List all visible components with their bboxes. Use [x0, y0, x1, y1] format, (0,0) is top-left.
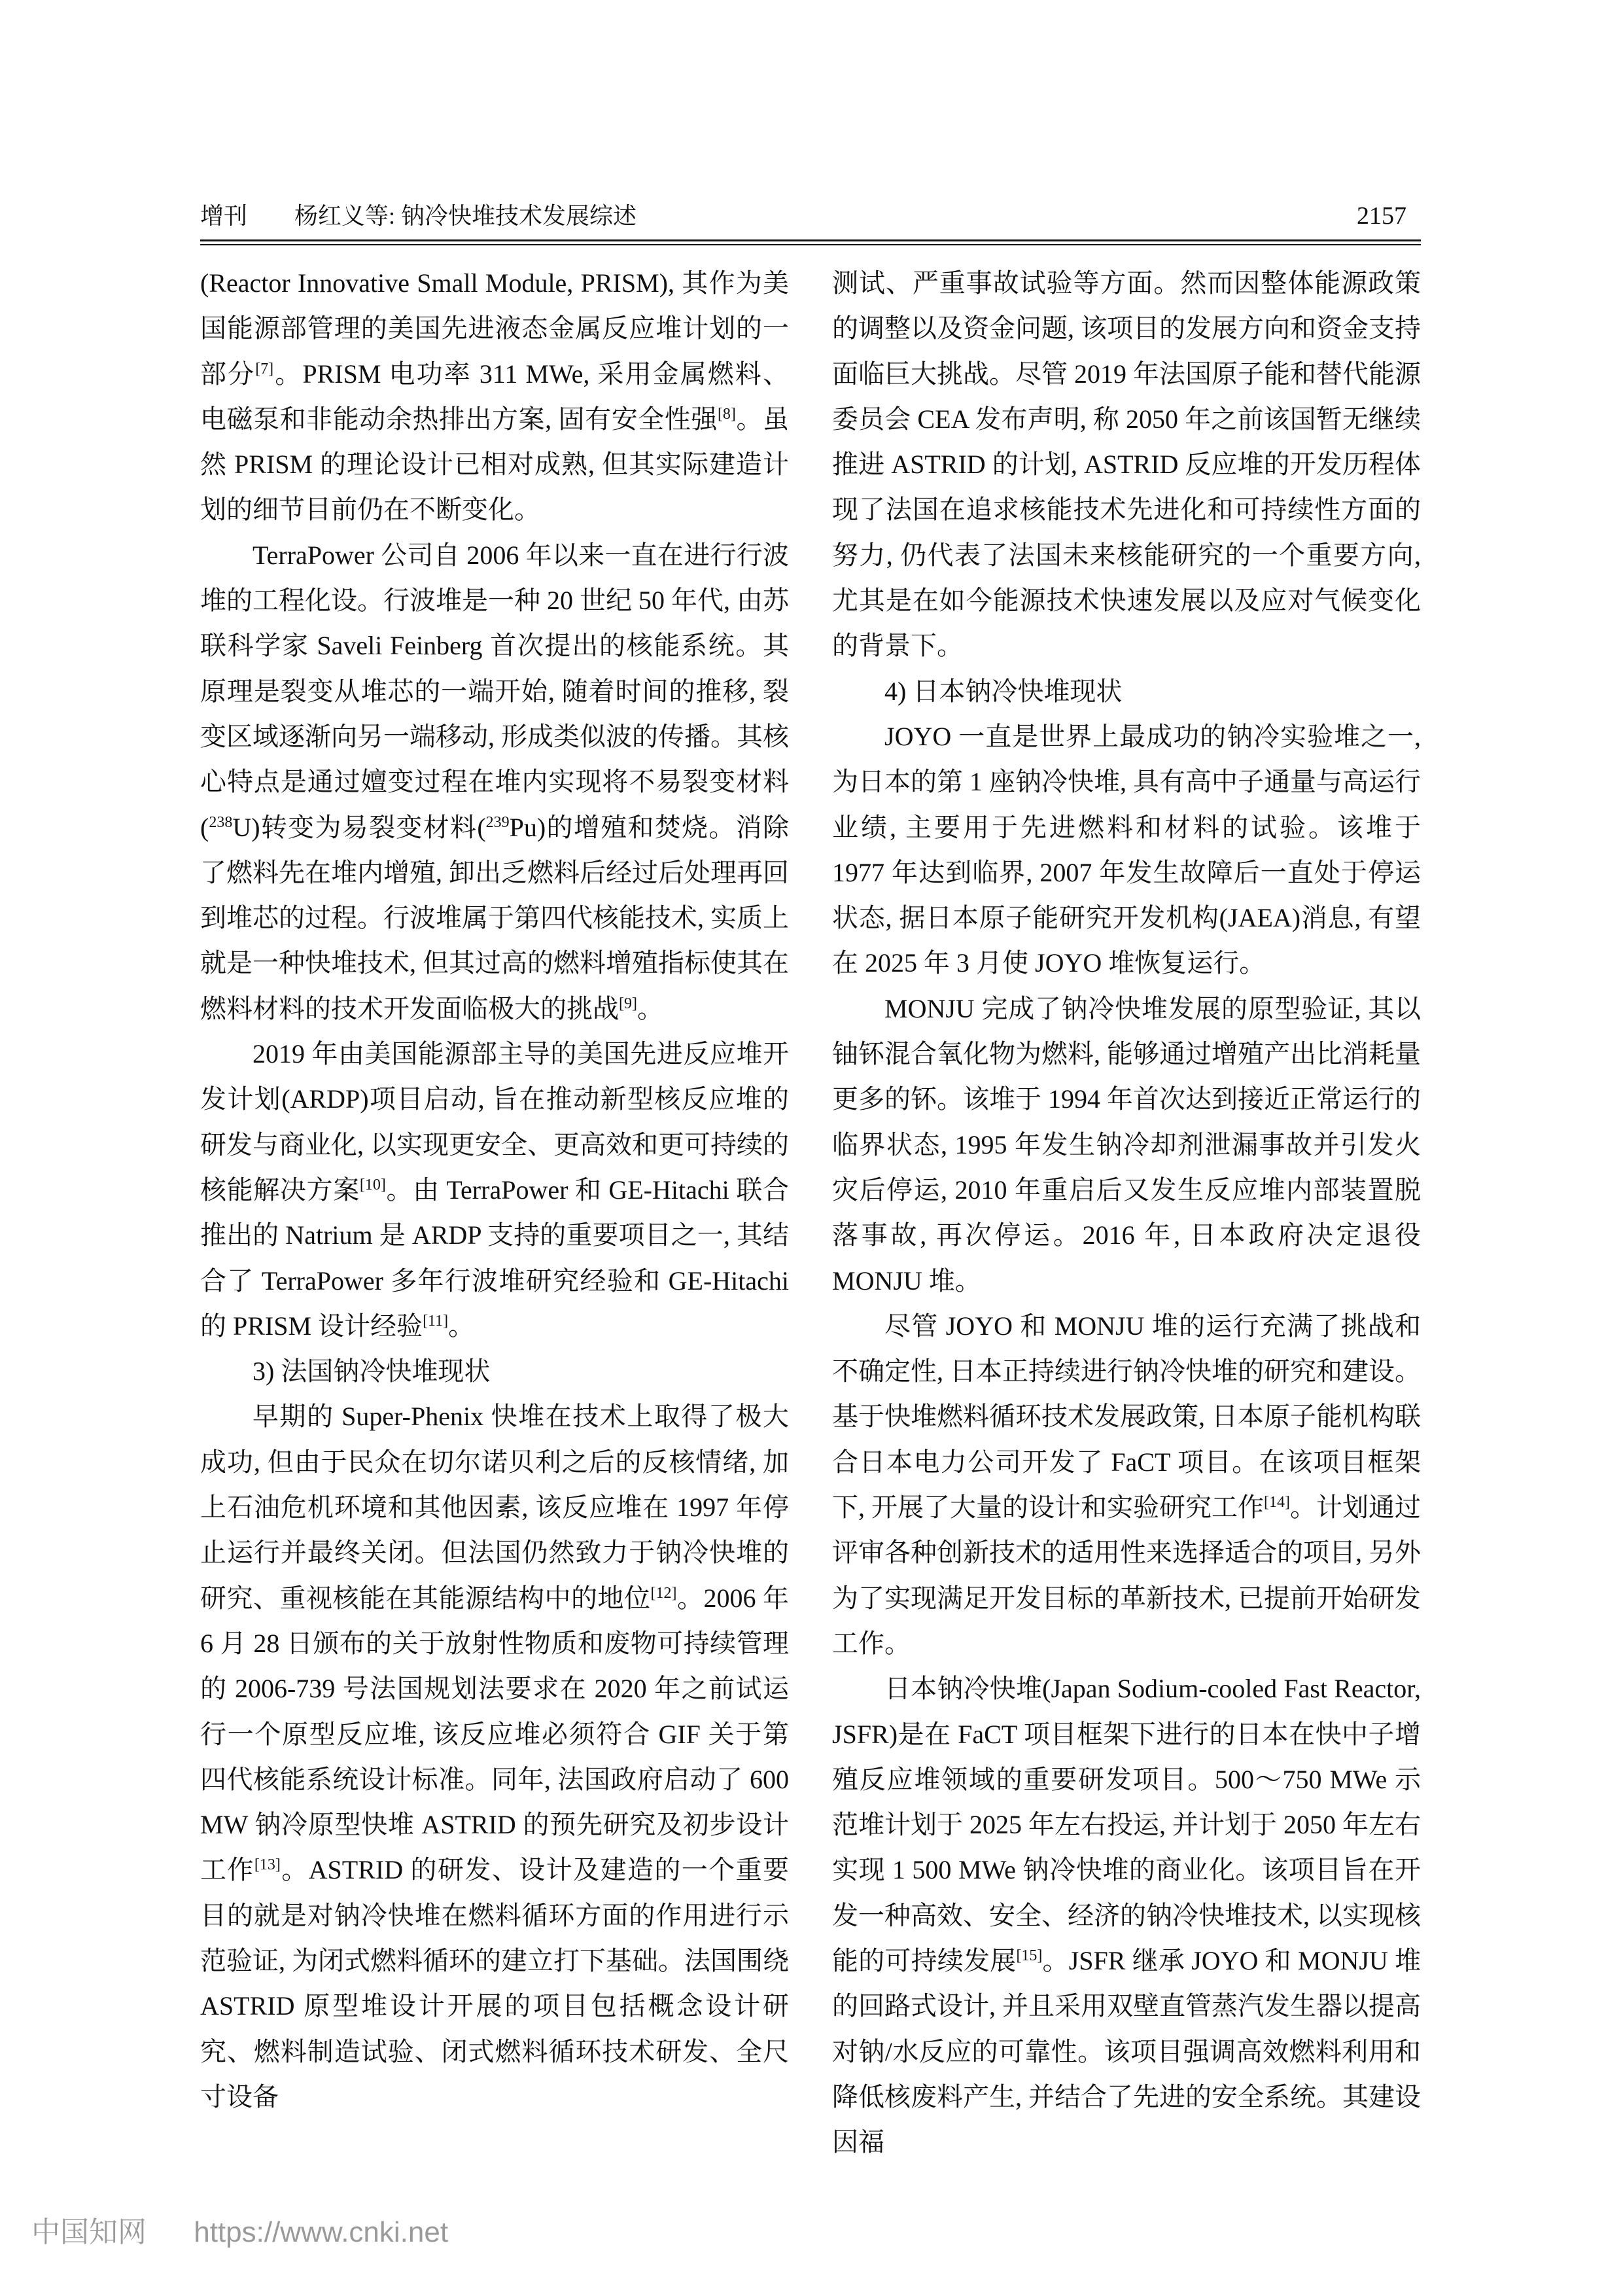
section-heading: 4) 日本钠冷快堆现状 [832, 669, 1421, 714]
text-run: 。ASTRID 的研发、设计及建造的一个重要目的就是对钠冷快堆在燃料循环方面的作… [200, 1855, 789, 2111]
citation-superscript: [15] [1016, 1947, 1042, 1964]
text-run: 尽管 JOYO 和 MONJU 堆的运行充满了挑战和不确定性, 日本正持续进行钠… [832, 1311, 1421, 1522]
body-paragraph: (Reactor Innovative Small Module, PRISM)… [200, 260, 789, 533]
citation-superscript: 238 [209, 814, 232, 831]
citation-superscript: [8] [718, 406, 736, 423]
body-paragraph: 2019 年由美国能源部主导的美国先进反应堆开发计划(ARDP)项目启动, 旨在… [200, 1031, 789, 1349]
text-run: MONJU 完成了钠冷快堆发展的原型验证, 其以铀钚混合氧化物为燃料, 能够通过… [832, 994, 1421, 1296]
left-column: (Reactor Innovative Small Module, PRISM)… [200, 260, 789, 2119]
cnki-watermark: 中国知网 https://www.cnki.net [31, 2208, 448, 2250]
text-run: 。JSFR 继承 JOYO 和 MONJU 堆的回路式设计, 并且采用双壁直管蒸… [832, 1946, 1421, 2157]
header-rule-top [200, 239, 1421, 241]
header-rule-bottom [200, 244, 1421, 245]
body-paragraph: 尽管 JOYO 和 MONJU 堆的运行充满了挑战和不确定性, 日本正持续进行钠… [832, 1303, 1421, 1666]
body-paragraph: MONJU 完成了钠冷快堆发展的原型验证, 其以铀钚混合氧化物为燃料, 能够通过… [832, 986, 1421, 1303]
body-paragraph: 测试、严重事故试验等方面。然而因整体能源政策的调整以及资金问题, 该项目的发展方… [832, 260, 1421, 669]
text-run: 测试、严重事故试验等方面。然而因整体能源政策的调整以及资金问题, 该项目的发展方… [832, 268, 1421, 660]
citation-superscript: [10] [360, 1176, 386, 1193]
right-column: 测试、严重事故试验等方面。然而因整体能源政策的调整以及资金问题, 该项目的发展方… [832, 260, 1421, 2164]
text-run: 。PRISM 电功率 311 MWe, 采用金属燃料、电磁泵和非能动余热排出方案… [200, 359, 789, 434]
section-heading: 3) 法国钠冷快堆现状 [200, 1349, 789, 1394]
text-run: 早期的 Super-Phenix 快堆在技术上取得了极大成功, 但由于民众在切尔… [200, 1402, 789, 1612]
running-head: 增刊 杨红义等: 钠冷快堆技术发展综述 2157 [196, 196, 1420, 236]
citation-superscript: 239 [486, 814, 510, 831]
text-run: TerraPower 公司自 2006 年以来一直在进行行波堆的工程化设。行波堆… [200, 540, 789, 842]
article-running-title: 杨红义等: 钠冷快堆技术发展综述 [294, 196, 637, 236]
body-paragraph: 早期的 Super-Phenix 快堆在技术上取得了极大成功, 但由于民众在切尔… [200, 1394, 789, 2119]
watermark-site-name: 中国知网 [31, 2216, 147, 2248]
body-paragraph: TerraPower 公司自 2006 年以来一直在进行行波堆的工程化设。行波堆… [200, 533, 789, 1031]
text-run: JOYO 一直是世界上最成功的钠冷实验堆之一, 为日本的第 1 座钠冷快堆, 具… [832, 722, 1421, 978]
citation-superscript: [14] [1264, 1494, 1290, 1511]
body-paragraph: 日本钠冷快堆(Japan Sodium-cooled Fast Reactor,… [832, 1666, 1421, 2164]
watermark-url[interactable]: https://www.cnki.net [194, 2216, 448, 2248]
citation-superscript: [12] [651, 1585, 677, 1602]
text-run: 。 [448, 1311, 474, 1341]
page-number: 2157 [1357, 196, 1406, 236]
text-run: 。2006 年 6 月 28 日颁布的关于放射性物质和废物可持续管理的 2006… [200, 1583, 789, 1885]
text-run: Pu)的增殖和焚烧。消除了燃料先在堆内增殖, 卸出乏燃料后经过后处理再回到堆芯的… [200, 813, 789, 1023]
citation-superscript: [9] [619, 995, 637, 1012]
citation-superscript: [7] [255, 361, 273, 378]
citation-superscript: [11] [423, 1313, 448, 1330]
text-run: 日本钠冷快堆(Japan Sodium-cooled Fast Reactor,… [832, 1674, 1421, 1975]
citation-superscript: [13] [254, 1856, 281, 1873]
journal-section: 增刊 [200, 196, 247, 236]
text-run: 。 [637, 994, 663, 1023]
body-paragraph: JOYO 一直是世界上最成功的钠冷实验堆之一, 为日本的第 1 座钠冷快堆, 具… [832, 714, 1421, 986]
text-run: U)转变为易裂变材料( [232, 813, 485, 842]
